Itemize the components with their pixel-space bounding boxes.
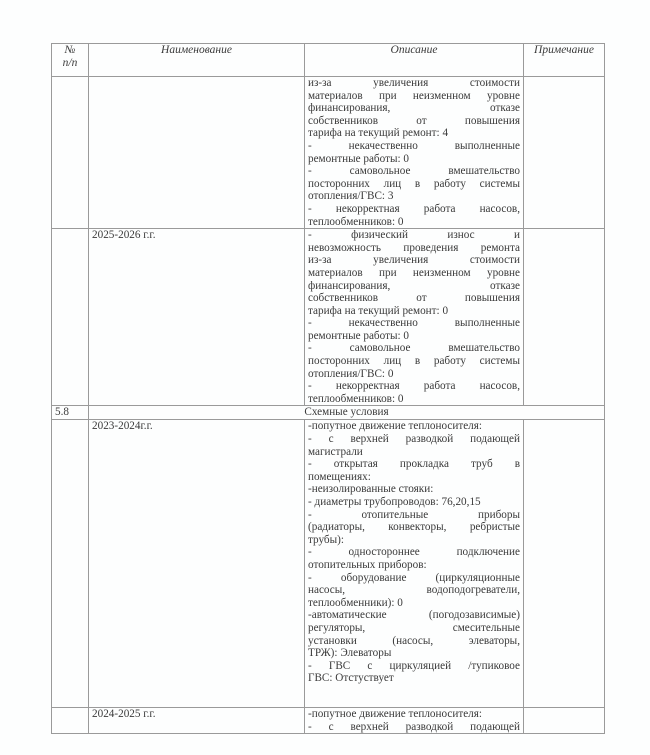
row-name: 2024-2025 г.г.: [89, 707, 305, 733]
description-line: собственников от повышения: [308, 292, 520, 305]
description-line: помещениях:: [308, 471, 520, 484]
header-name: Наименование: [89, 44, 305, 77]
table-row: 2024-2025 г.г. -попутное движение теплон…: [52, 707, 605, 733]
description-line: невозможность проведения ремонта: [308, 242, 520, 255]
row-description: - физический износ иневозможность провед…: [305, 229, 524, 406]
description-line: финансирования, отказе: [308, 280, 520, 293]
section-title: Схемные условия: [89, 406, 605, 420]
description-line: - некорректная работа насосов,: [308, 203, 520, 216]
table-row: 2023-2024г.г. -попутное движение теплоно…: [52, 420, 605, 707]
description-line: из-за увеличения стоимости: [308, 77, 520, 90]
description-line: отопительных приборов:: [308, 559, 520, 572]
row-note: [524, 77, 605, 229]
header-number-line2: п/п: [63, 57, 78, 69]
description-line: ГВС: Отстуствует: [308, 672, 520, 685]
description-line: - отопительные приборы: [308, 509, 520, 522]
description-line: теплообменников: 0: [308, 216, 520, 229]
description-line: ТРЖ): Элеваторы: [308, 647, 520, 660]
table-row: 2025-2026 г.г. - физический износ иневоз…: [52, 229, 605, 406]
description-line: - с верхней разводкой подающей: [308, 721, 520, 734]
description-line: трубы):: [308, 534, 520, 547]
description-line: ремонтные работы: 0: [308, 330, 520, 343]
description-line: - некачественно выполненные: [308, 140, 520, 153]
row-number: [52, 229, 89, 406]
row-description: -попутное движение теплоносителя:- с вер…: [305, 707, 524, 733]
description-line: -неизолированные стояки:: [308, 483, 520, 496]
row-description: -попутное движение теплоносителя:- с вер…: [305, 420, 524, 707]
description-line: - физический износ и: [308, 229, 520, 242]
description-line: (радиаторы, конвекторы, ребристые: [308, 521, 520, 534]
description-line: тарифа на текущий ремонт: 4: [308, 127, 520, 140]
description-line: установки (насосы, элеваторы,: [308, 635, 520, 648]
description-line: - с верхней разводкой подающей: [308, 433, 520, 446]
description-line: насосы, водоподогреватели,: [308, 584, 520, 597]
description-line: - некачественно выполненные: [308, 317, 520, 330]
description-line: ремонтные работы: 0: [308, 153, 520, 166]
row-name: [89, 77, 305, 229]
description-line: - одностороннее подключение: [308, 546, 520, 559]
header-number-line1: №: [65, 44, 76, 56]
description-line: -попутное движение теплоносителя:: [308, 420, 520, 433]
description-line: - некорректная работа насосов,: [308, 380, 520, 393]
table-header-row: № п/п Наименование Описание Примечание: [52, 44, 605, 77]
row-number: [52, 420, 89, 707]
header-number: № п/п: [52, 44, 89, 77]
description-line: собственников от повышения: [308, 115, 520, 128]
header-note: Примечание: [524, 44, 605, 77]
description-line: - самовольное вмешательство: [308, 165, 520, 178]
description-line: тарифа на текущий ремонт: 0: [308, 305, 520, 318]
row-number: [52, 707, 89, 733]
description-line: - диаметры трубопроводов: 76,20,15: [308, 496, 520, 509]
section-number: 5.8: [52, 406, 89, 420]
description-line: -попутное движение теплоносителя:: [308, 708, 520, 721]
row-name: 2023-2024г.г.: [89, 420, 305, 707]
blank-gap: [308, 685, 520, 707]
description-line: посторонних лиц в работу системы: [308, 355, 520, 368]
description-line: посторонних лиц в работу системы: [308, 178, 520, 191]
description-line: - ГВС с циркуляцией /тупиковое: [308, 660, 520, 673]
specification-table: № п/п Наименование Описание Примечание и…: [51, 43, 605, 734]
description-line: отопления/ГВС: 0: [308, 368, 520, 381]
table-row: из-за увеличения стоимостиматериалов при…: [52, 77, 605, 229]
description-line: финансирования, отказе: [308, 102, 520, 115]
description-line: из-за увеличения стоимости: [308, 254, 520, 267]
row-note: [524, 229, 605, 406]
description-line: материалов при неизменном уровне: [308, 90, 520, 103]
description-line: - оборудование (циркуляционные: [308, 572, 520, 585]
description-line: теплообменники): 0: [308, 597, 520, 610]
row-note: [524, 707, 605, 733]
description-line: материалов при неизменном уровне: [308, 267, 520, 280]
description-line: -автоматические (погодозависимые): [308, 609, 520, 622]
header-description: Описание: [305, 44, 524, 77]
description-line: - открытая прокладка труб в: [308, 458, 520, 471]
description-line: теплообменников: 0: [308, 393, 520, 406]
row-name: 2025-2026 г.г.: [89, 229, 305, 406]
row-description: из-за увеличения стоимостиматериалов при…: [305, 77, 524, 229]
section-row: 5.8 Схемные условия: [52, 406, 605, 420]
description-line: магистрали: [308, 446, 520, 459]
description-line: отопления/ГВС: 3: [308, 190, 520, 203]
row-note: [524, 420, 605, 707]
description-line: - самовольное вмешательство: [308, 342, 520, 355]
row-number: [52, 77, 89, 229]
document-page: № п/п Наименование Описание Примечание и…: [0, 0, 650, 755]
description-line: регуляторы, смесительные: [308, 622, 520, 635]
